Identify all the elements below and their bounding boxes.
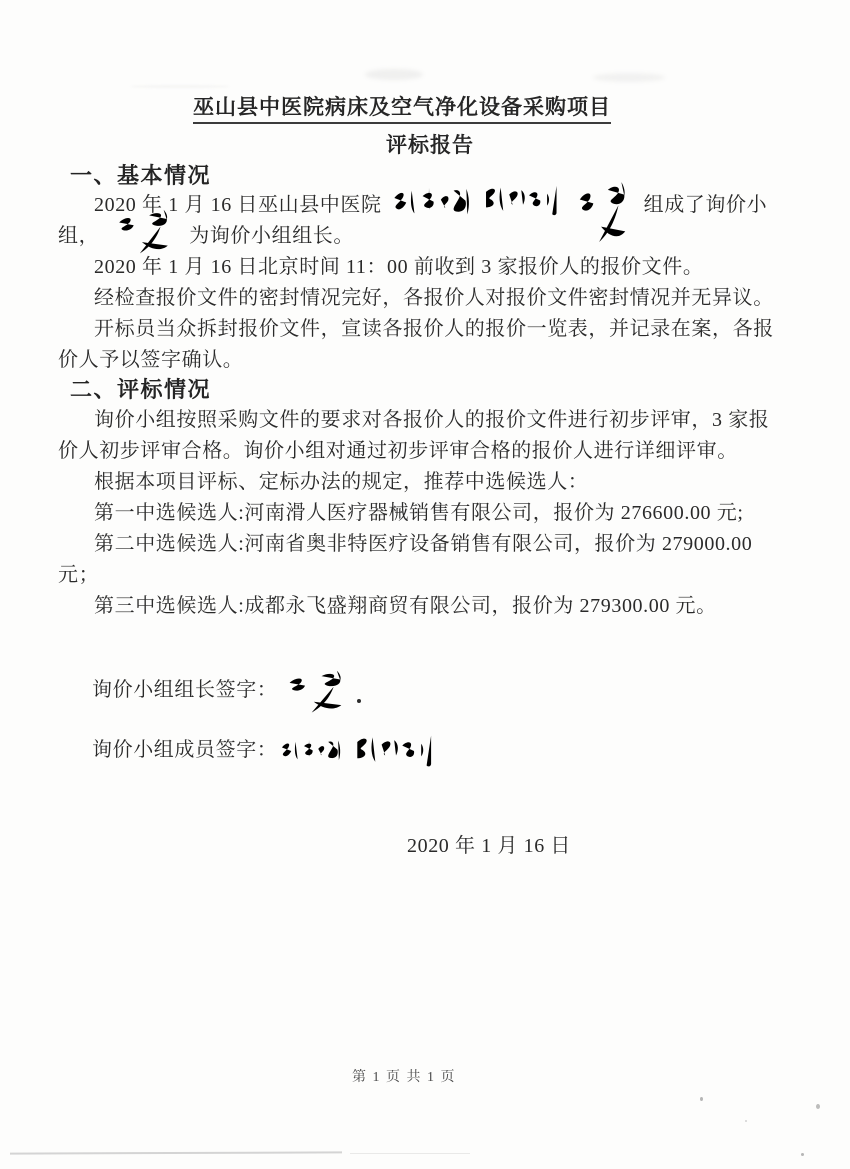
scan-speck: [745, 1120, 747, 1122]
scan-speck: [816, 1104, 820, 1109]
scan-artifact-line: [10, 1151, 342, 1154]
document-date: 2020 年 1 月 16 日: [407, 831, 802, 862]
page-subtitle: 评标报告: [386, 133, 474, 157]
paragraph-line: 价人初步评审合格。询价小组对通过初步评审合格的报价人进行详细评审。: [58, 436, 802, 467]
document-subtitle-row: 评标报告: [58, 130, 802, 160]
leader-signature-label: 询价小组组长签字：: [92, 675, 277, 706]
scan-speck: [700, 1097, 703, 1101]
document-title-row: 巫山县中医院病床及空气净化设备采购项目: [58, 92, 746, 122]
paragraph-text: 组成了询价小: [644, 190, 768, 221]
scanned-document-page: 巫山县中医院病床及空气净化设备采购项目 评标报告 一、基本情况 2020 年 1…: [0, 0, 850, 1169]
paragraph-text: 为询价小组组长。: [189, 221, 354, 252]
candidate-line-1: 第一中选候选人:河南滑人医疗器械销售有限公司，报价为 276600.00 元;: [94, 498, 802, 529]
paragraph-line: 价人予以签字确认。: [58, 345, 802, 376]
page-number-footer: 第 1 页 共 1 页: [352, 1066, 456, 1086]
paragraph-line: 组， 为询价小组组长。: [58, 221, 802, 252]
scan-artifact-line: [350, 1153, 470, 1154]
paragraph-line: 2020 年 1 月 16 日北京时间 11：00 前收到 3 家报价人的报价文…: [94, 252, 802, 283]
handwritten-signature-leader: [283, 668, 349, 718]
candidate-line-2: 第二中选候选人:河南省奥非特医疗设备销售有限公司，报价为 279000.00: [94, 529, 802, 560]
members-signature-row: 询价小组成员签字：: [58, 735, 802, 766]
paragraph-line: 询价小组按照采购文件的要求对各报价人的报价文件进行初步评审，3 家报: [94, 405, 802, 436]
handwritten-signature-leader-inline: [574, 178, 632, 250]
section2-heading: 二、评标情况: [70, 375, 802, 405]
handwritten-signature-member-1: [277, 737, 341, 765]
members-signature-label: 询价小组成员签字：: [92, 735, 277, 766]
paragraph-text: 组，: [58, 221, 99, 252]
handwritten-signature-leader-inline-2: [113, 207, 175, 259]
handwritten-ink-dot: [357, 699, 361, 703]
leader-signature-row: 询价小组组长签字：: [58, 675, 802, 706]
paragraph-line: 根据本项目评标、定标办法的规定，推荐中选候选人：: [94, 467, 802, 498]
handwritten-signature-member-2: [351, 732, 441, 770]
handwritten-signature-member-2: [480, 182, 566, 219]
document-body: 巫山县中医院病床及空气净化设备采购项目 评标报告 一、基本情况 2020 年 1…: [58, 0, 802, 862]
paragraph-line: 经检查报价文件的密封情况完好，各报价人对报价文件密封情况并无异议。: [94, 283, 802, 314]
candidate-line-2-wrap: 元；: [58, 560, 802, 591]
page-title: 巫山县中医院病床及空气净化设备采购项目: [193, 95, 611, 124]
candidate-line-3: 第三中选候选人:成都永飞盛翔商贸有限公司，报价为 279300.00 元。: [94, 591, 802, 622]
handwritten-signature-member-1: [388, 184, 470, 221]
scan-speck: [801, 1153, 804, 1156]
paragraph-line: 开标员当众拆封报价文件，宣读各报价人的报价一览表，并记录在案，各报: [94, 314, 802, 345]
